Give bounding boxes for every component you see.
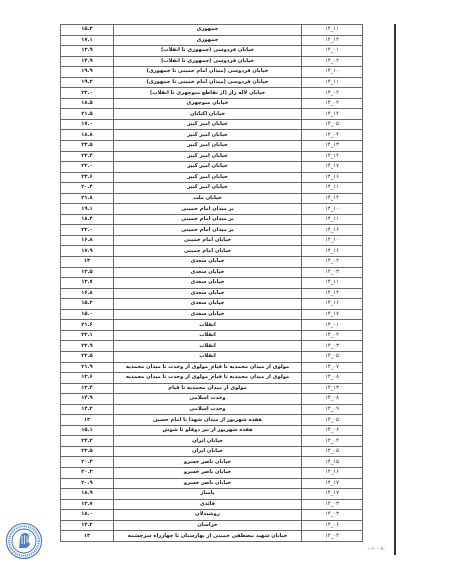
- table-row: ۲۱.۹مولوی از میدان محمدیه تا قیام_مولوی …: [61, 362, 363, 373]
- value-cell: ۲۳.۵: [61, 446, 114, 457]
- code-cell: ۱۴_۱۱: [302, 183, 363, 194]
- street-cell: جمهوری: [114, 25, 302, 36]
- code-cell: ۱۴_۰۵: [302, 119, 363, 130]
- value-cell: ۱۸.۵: [61, 98, 114, 109]
- table-row: ۱۹.۳خیابان فردوسی (میدان امام خمینی تا ج…: [61, 77, 363, 88]
- street-cell: خیابان ایران: [114, 446, 302, 457]
- table-row: ۱۳.۷قائدی۱۴_۰۳: [61, 499, 363, 510]
- street-cell: خیابان امام خمینی: [114, 235, 302, 246]
- table-row: ۲۰.۹خیابان ناصر خسرو۱۴_۱۷: [61, 478, 363, 489]
- table-row: ۲۰.۴خیابان امیر کبیر۱۴_۱۱: [61, 183, 363, 194]
- street-cell: خیابان ناصر خسرو: [114, 457, 302, 468]
- code-cell: ۱۴_۱۶: [302, 246, 363, 257]
- code-cell: ۱۴_۱۱: [302, 77, 363, 88]
- table-row: ۱۳.۶مولوی از میدان محمدیه تا قیام_مولوی …: [61, 373, 363, 384]
- table-row: ۱۳خیابان شهید مصطفی خمینی از بهارستان تا…: [61, 531, 363, 542]
- table-row: ۲۳.۶خیابان امیر کبیر۱۴_۱۶: [61, 172, 363, 183]
- value-cell: ۱۳.۷: [61, 499, 114, 510]
- table-row: ۱۸.۹پامنار۱۴_۱۷: [61, 489, 363, 500]
- table-row: ۱۴.۲وحدت اسلامی۱۴_۰۹: [61, 404, 363, 415]
- value-cell: ۲۱.۹: [61, 362, 114, 373]
- code-cell: ۱۴_۱۷: [302, 162, 363, 173]
- footer-document-code: ۱۰۲۰-۰۵۰: [367, 547, 386, 552]
- table-body: ۱۵.۳جمهوری۱۴_۱۱۱۷.۱جمهوری۱۴_۱۴۱۳.۹خیابان…: [61, 25, 363, 542]
- value-cell: ۱۹.۱: [61, 204, 114, 215]
- street-cell: خیابان سعدی: [114, 267, 302, 278]
- value-cell: ۱۳.۲: [61, 520, 114, 531]
- value-cell: ۱۵.۰: [61, 309, 114, 320]
- code-cell: ۱۴_۰۵: [302, 351, 363, 362]
- value-cell: ۲۲.۰: [61, 162, 114, 173]
- table-row: ۱۷.۹خیابان امام خمینی۱۴_۱۶: [61, 246, 363, 257]
- value-cell: ۱۴.۹: [61, 394, 114, 405]
- table-row: ۱۸.۰روشندلان۱۴_۰۳: [61, 510, 363, 521]
- code-cell: ۱۴_۱۴: [302, 109, 363, 120]
- code-cell: ۱۴_۱۴: [302, 35, 363, 46]
- street-cell: خیابان سعدی: [114, 299, 302, 310]
- table-row: ۱۳.۷خیابان سعدی۱۴_۱۱: [61, 278, 363, 289]
- code-cell: ۱۴_۱۴: [302, 151, 363, 162]
- table-row: ۱۸.۵خیابان منوچهری۱۴_۰۲: [61, 98, 363, 109]
- code-cell: ۱۴_۰۴: [302, 436, 363, 447]
- code-cell: ۱۴_۰۴: [302, 531, 363, 542]
- table-row: ۲۳.۵خیابان ایران۱۴_۰۵: [61, 446, 363, 457]
- table-row: ۱۵.۳جمهوری۱۴_۱۱: [61, 25, 363, 36]
- code-cell: ۱۴_۰۸: [302, 394, 363, 405]
- value-cell: ۱۸.۴: [61, 214, 114, 225]
- value-cell: ۲۰.۴: [61, 183, 114, 194]
- code-cell: ۱۴_۰۳: [302, 341, 363, 352]
- table-row: ۲۳.۱انقلاب۱۴_۰۲: [61, 330, 363, 341]
- value-cell: ۱۷.۹: [61, 246, 114, 257]
- page-margin-line: [394, 24, 396, 555]
- value-cell: ۱۳: [61, 415, 114, 426]
- code-cell: ۱۴_۱۱: [302, 25, 363, 36]
- street-cell: جمهوری: [114, 35, 302, 46]
- value-cell: ۱۵.۱: [61, 425, 114, 436]
- scanned-document-page: ۱۵.۳جمهوری۱۴_۱۱۱۷.۱جمهوری۱۴_۱۴۱۳.۹خیابان…: [0, 0, 450, 582]
- value-cell: ۱۸.۰: [61, 510, 114, 521]
- street-cell: بر میدان امام خمینی: [114, 204, 302, 215]
- table-row: ۱۸.۸خیابان امیر کبیر۱۴_۰۴: [61, 130, 363, 141]
- street-cell: بر میدان امام خمینی: [114, 225, 302, 236]
- street-cell: روشندلان: [114, 510, 302, 521]
- code-cell: ۱۴_۱۷: [302, 478, 363, 489]
- table-row: ۲۲.۵انقلاب۱۴_۰۵: [61, 351, 363, 362]
- street-cell: خیابان فردوسی (میدان امام خمینی تا جمهور…: [114, 77, 302, 88]
- code-cell: ۱۴_۱۶: [302, 467, 363, 478]
- code-cell: ۱۴_۱۴: [302, 193, 363, 204]
- table-row: ۲۲.۹انقلاب۱۴_۰۳: [61, 341, 363, 352]
- value-cell: ۲۲.۵: [61, 351, 114, 362]
- table-row: ۲۳.۴خیابان امیر کبیر۱۴_۱۴: [61, 151, 363, 162]
- value-cell: ۱۶.۸: [61, 288, 114, 299]
- table-row: ۲۲.۰خیابان امیر کبیر۱۴_۱۷: [61, 162, 363, 173]
- code-cell: ۱۴_۰۱: [302, 46, 363, 57]
- value-cell: ۲۲.۰: [61, 88, 114, 99]
- street-cell: خیابان امیر کبیر: [114, 130, 302, 141]
- table-row: ۱۴.۹خیابان فردوسی (جمهوری تا انقلاب)۱۴_۰…: [61, 56, 363, 67]
- table-row: ۲۱.۶انقلاب۱۴_۰۱: [61, 320, 363, 331]
- table-row: ۱۹.۱بر میدان امام خمینی۱۴_۱۰: [61, 204, 363, 215]
- code-cell: ۱۴_۱۷: [302, 489, 363, 500]
- table-row: ۱۷.۰خیابان امیر کبیر۱۴_۰۵: [61, 119, 363, 130]
- code-cell: ۱۴_۰۲: [302, 257, 363, 268]
- street-cell: انقلاب: [114, 320, 302, 331]
- street-cell: خیابان ایران: [114, 436, 302, 447]
- value-cell: ۲۰.۹: [61, 478, 114, 489]
- code-cell: ۱۴_۱۰: [302, 235, 363, 246]
- code-cell: ۱۴_۰۹: [302, 404, 363, 415]
- value-cell: ۱۸.۹: [61, 489, 114, 500]
- value-cell: ۱۵.۳: [61, 25, 114, 36]
- code-cell: ۱۴_۰۵: [302, 415, 363, 426]
- table-row: ۱۷.۱جمهوری۱۴_۱۴: [61, 35, 363, 46]
- table-row: ۱۳.۴مولوی از میدان محمدیه تا قیام۱۴_۱۳: [61, 383, 363, 394]
- code-cell: ۱۴_۰۲: [302, 98, 363, 109]
- street-cell: قائدی: [114, 499, 302, 510]
- street-cell: خیابان امیر کبیر: [114, 151, 302, 162]
- code-cell: ۱۴_۱۶: [302, 225, 363, 236]
- table-row: ۱۶.۸خیابان سعدی۱۴_۱۴: [61, 288, 363, 299]
- table-row: ۱۵.۳خیابان سعدی۱۴_۱۶: [61, 299, 363, 310]
- value-cell: ۱۳.۵: [61, 267, 114, 278]
- street-cell: هفده شهریور از میدان شهدا تا امام حسین: [114, 415, 302, 426]
- value-cell: ۱۴.۲: [61, 404, 114, 415]
- value-cell: ۱۳: [61, 531, 114, 542]
- code-cell: ۱۴_۱۰: [302, 67, 363, 78]
- table-row: ۱۹.۹خیابان فردوسی (میدان امام خمینی تا ج…: [61, 67, 363, 78]
- code-cell: ۱۴_۰۲: [302, 88, 363, 99]
- code-cell: ۱۴_۱۱: [302, 214, 363, 225]
- street-cell: خراسان: [114, 520, 302, 531]
- street-cell: خیابان فردوسی (میدان امام خمینی تا جمهور…: [114, 67, 302, 78]
- value-cell: ۱۳.۶: [61, 373, 114, 384]
- street-cell: خیابان سعدی: [114, 309, 302, 320]
- code-cell: ۱۴_۰۷: [302, 362, 363, 373]
- code-cell: ۱۴_۰۶: [302, 520, 363, 531]
- value-cell: ۱۳.۷: [61, 278, 114, 289]
- table-row: ۱۳.۹خیابان فردوسی (جمهوری تا انقلاب)۱۴_۰…: [61, 46, 363, 57]
- table-row: ۱۳.۲خراسان۱۴_۰۶: [61, 520, 363, 531]
- street-cell: خیابان اکباتان: [114, 109, 302, 120]
- value-cell: ۲۱.۸: [61, 193, 114, 204]
- table-row: ۲۲.۰بر میدان امام خمینی۱۴_۱۶: [61, 225, 363, 236]
- value-cell: ۱۹.۳: [61, 77, 114, 88]
- code-cell: ۱۴_۱۳: [302, 383, 363, 394]
- code-cell: ۱۴_۰۲: [302, 330, 363, 341]
- street-cell: خیابان امیر کبیر: [114, 183, 302, 194]
- value-cell: ۱۵.۳: [61, 299, 114, 310]
- street-cell: انقلاب: [114, 351, 302, 362]
- value-cell: ۱۸.۸: [61, 130, 114, 141]
- code-cell: ۱۴_۰۱: [302, 320, 363, 331]
- value-cell: ۲۰.۳: [61, 457, 114, 468]
- code-cell: ۱۴_۱۶: [302, 299, 363, 310]
- street-data-table: ۱۵.۳جمهوری۱۴_۱۱۱۷.۱جمهوری۱۴_۱۴۱۳.۹خیابان…: [60, 24, 363, 542]
- code-cell: ۱۴_۱۳: [302, 141, 363, 152]
- value-cell: ۲۳.۴: [61, 151, 114, 162]
- value-cell: ۲۲.۰: [61, 225, 114, 236]
- street-cell: خیابان ناصر خسرو: [114, 478, 302, 489]
- street-cell: خیابان ناصر خسرو: [114, 467, 302, 478]
- table-row: ۱۳خیابان سعدی۱۴_۰۲: [61, 257, 363, 268]
- street-cell: مولوی از میدان محمدیه تا قیام_مولوی از و…: [114, 373, 302, 384]
- street-cell: مولوی از میدان محمدیه تا قیام_مولوی از و…: [114, 362, 302, 373]
- street-cell: خیابان امیر کبیر: [114, 141, 302, 152]
- value-cell: ۱۳: [61, 257, 114, 268]
- street-cell: خیابان امام خمینی: [114, 246, 302, 257]
- code-cell: ۱۴_۱۰: [302, 204, 363, 215]
- value-cell: ۱۴.۹: [61, 56, 114, 67]
- table-row: ۲۳.۵خیابان امیر کبیر۱۴_۱۳: [61, 141, 363, 152]
- value-cell: ۲۲.۹: [61, 341, 114, 352]
- code-cell: ۱۴_۰۴: [302, 130, 363, 141]
- table-row: ۲۱.۵خیابان اکباتان۱۴_۱۴: [61, 109, 363, 120]
- code-cell: ۱۴_۱۱: [302, 278, 363, 289]
- code-cell: ۱۴_۰۲: [302, 56, 363, 67]
- street-cell: خیابان شهید مصطفی خمینی از بهارستان تا چ…: [114, 531, 302, 542]
- code-cell: ۱۴_۱۶: [302, 172, 363, 183]
- value-cell: ۲۳.۱: [61, 330, 114, 341]
- street-cell: وحدت اسلامی: [114, 394, 302, 405]
- code-cell: ۱۴_۱۵: [302, 457, 363, 468]
- table-row: ۲۰.۳خیابان ناصر خسرو۱۴_۱۵: [61, 457, 363, 468]
- code-cell: ۱۴_۰۳: [302, 267, 363, 278]
- organization-seal-icon: [5, 522, 43, 560]
- table-row: ۱۳هفده شهریور از میدان شهدا تا امام حسین…: [61, 415, 363, 426]
- value-cell: ۲۰.۳: [61, 467, 114, 478]
- street-cell: مولوی از میدان محمدیه تا قیام: [114, 383, 302, 394]
- value-cell: ۱۶.۸: [61, 235, 114, 246]
- value-cell: ۲۳.۵: [61, 141, 114, 152]
- table-row: ۲۴.۲خیابان ایران۱۴_۰۴: [61, 436, 363, 447]
- street-cell: خیابان سعدی: [114, 257, 302, 268]
- table-row: ۱۸.۴بر میدان امام خمینی۱۴_۱۱: [61, 214, 363, 225]
- street-cell: خیابان امیر کبیر: [114, 162, 302, 173]
- value-cell: ۱۷.۰: [61, 119, 114, 130]
- code-cell: ۱۴_۰۳: [302, 499, 363, 510]
- street-cell: انقلاب: [114, 330, 302, 341]
- value-cell: ۲۱.۵: [61, 109, 114, 120]
- table-row: ۱۳.۵خیابان سعدی۱۴_۰۳: [61, 267, 363, 278]
- value-cell: ۲۳.۶: [61, 172, 114, 183]
- code-cell: ۱۴_۰۸: [302, 373, 363, 384]
- street-cell: هفده شهریور از تیر دوقلو تا شوش: [114, 425, 302, 436]
- table-row: ۲۱.۸خیابان ملت۱۴_۱۴: [61, 193, 363, 204]
- code-cell: ۱۴_۱۴: [302, 288, 363, 299]
- code-cell: ۱۴_۰۶: [302, 425, 363, 436]
- value-cell: ۱۹.۹: [61, 67, 114, 78]
- code-cell: ۱۴_۰۵: [302, 446, 363, 457]
- street-cell: انقلاب: [114, 341, 302, 352]
- street-cell: خیابان ملت: [114, 193, 302, 204]
- table-row: ۱۵.۰خیابان سعدی۱۴_۱۷: [61, 309, 363, 320]
- code-cell: ۱۴_۱۷: [302, 309, 363, 320]
- street-cell: خیابان لاله زار (از تقاطع منوچهری تا انق…: [114, 88, 302, 99]
- value-cell: ۲۴.۲: [61, 436, 114, 447]
- street-cell: خیابان امیر کبیر: [114, 172, 302, 183]
- value-cell: ۲۱.۶: [61, 320, 114, 331]
- street-cell: خیابان سعدی: [114, 288, 302, 299]
- value-cell: ۱۳.۴: [61, 383, 114, 394]
- street-cell: بر میدان امام خمینی: [114, 214, 302, 225]
- street-cell: پامنار: [114, 489, 302, 500]
- street-cell: خیابان امیر کبیر: [114, 119, 302, 130]
- street-cell: خیابان منوچهری: [114, 98, 302, 109]
- value-cell: ۱۳.۹: [61, 46, 114, 57]
- street-cell: وحدت اسلامی: [114, 404, 302, 415]
- value-cell: ۱۷.۱: [61, 35, 114, 46]
- table-row: ۲۰.۳خیابان ناصر خسرو۱۴_۱۶: [61, 467, 363, 478]
- table-row: ۱۵.۱هفده شهریور از تیر دوقلو تا شوش۱۴_۰۶: [61, 425, 363, 436]
- code-cell: ۱۴_۰۳: [302, 510, 363, 521]
- table-row: ۱۴.۹وحدت اسلامی۱۴_۰۸: [61, 394, 363, 405]
- table-row: ۲۲.۰خیابان لاله زار (از تقاطع منوچهری تا…: [61, 88, 363, 99]
- street-cell: خیابان فردوسی (جمهوری تا انقلاب): [114, 56, 302, 67]
- street-cell: خیابان سعدی: [114, 278, 302, 289]
- street-cell: خیابان فردوسی (جمهوری تا انقلاب): [114, 46, 302, 57]
- table-row: ۱۶.۸خیابان امام خمینی۱۴_۱۰: [61, 235, 363, 246]
